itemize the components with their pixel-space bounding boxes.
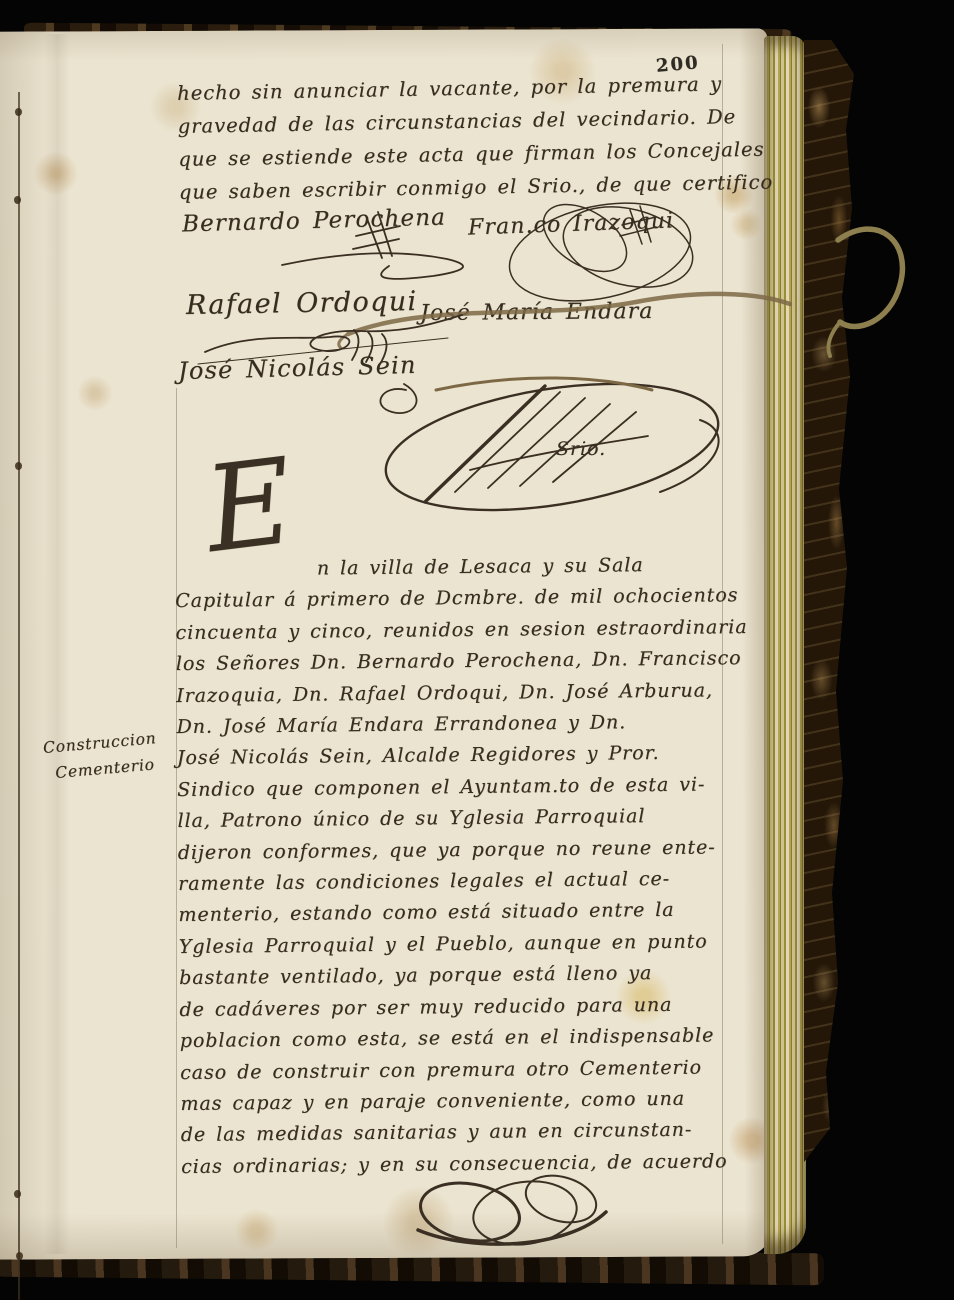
scanned-book-photo: 200 hecho sin anunciar la vacante, por l… xyxy=(0,0,954,1300)
act-line: cias ordinarias; y en su consecuencia, d… xyxy=(181,1146,759,1183)
closing-paragraph: hecho sin anunciar la vacante, por la pr… xyxy=(177,67,739,209)
thread-knot xyxy=(15,462,22,470)
binding-thread xyxy=(18,92,20,1300)
act-line: Yglesia Parroquial y el Pueblo, aunque e… xyxy=(179,926,757,963)
thread-knot xyxy=(16,1252,23,1260)
margin-note: Construccion Cementerio xyxy=(42,725,160,787)
marbled-cover-edge xyxy=(804,40,854,1162)
gutter-crease xyxy=(44,34,70,1254)
signature-endara: José María Endara xyxy=(420,299,654,326)
fore-edge-page-stack xyxy=(764,36,806,1254)
act-body: n la villa de Lesaca y su Sala Capitular… xyxy=(175,549,760,1183)
ornamental-initial: E xyxy=(199,441,305,569)
thread-knot xyxy=(14,196,21,204)
secretary-title: Srio. xyxy=(556,438,606,460)
thread-knot xyxy=(15,108,22,116)
thread-knot xyxy=(14,1190,21,1198)
signature-ordoqui: Rafael Ordoqui xyxy=(186,286,418,321)
act-line: Irazoquia, Dn. Rafael Ordoqui, Dn. José … xyxy=(176,675,754,712)
act-line: Sindico que componen el Ayuntam.to de es… xyxy=(177,769,755,806)
